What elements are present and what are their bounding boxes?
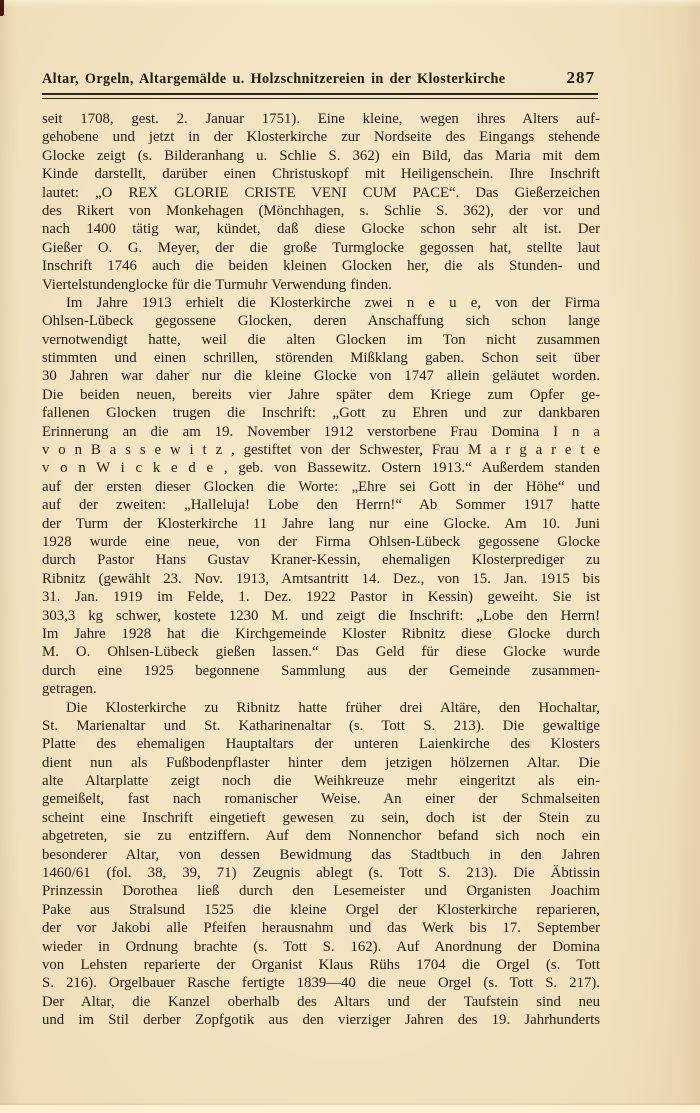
text-line: 30 Jahren war daher nur die kleine Glock… bbox=[42, 367, 600, 385]
text-line: auf der ersten dieser Glocken die Worte:… bbox=[42, 478, 600, 496]
text-line: getragen. bbox=[42, 680, 600, 698]
text-line: gemeißelt, fast nach romanischer Weise. … bbox=[42, 790, 600, 808]
text-line: abgetreten, sie zu entziffern. Auf dem N… bbox=[42, 827, 600, 845]
text-line: Ribnitz (gewählt 23. Nov. 1913, Amtsantr… bbox=[42, 570, 600, 588]
text-line: der vor Jakobi alle Pfeifen herausnahm u… bbox=[42, 919, 600, 937]
paragraph: Im Jahre 1913 erhielt die Klosterkirche … bbox=[42, 294, 600, 699]
text-block: seit 1708, gest. 2. Januar 1751). Eine k… bbox=[42, 110, 600, 1030]
text-line: Die Klosterkirche zu Ribnitz hatte frühe… bbox=[42, 699, 600, 717]
text-line: und im Stil derber Zopfgotik aus den vie… bbox=[42, 1011, 600, 1029]
text-line: stimmten und einen schrillen, störenden … bbox=[42, 349, 600, 367]
text-line: v o n W i c k e d e , geb. von Bassewitz… bbox=[42, 459, 600, 477]
text-line: 303,3 kg schwer, kostete 1230 M. und zei… bbox=[42, 607, 600, 625]
text-line: lautet: „O REX GLORIE CRISTE VENI CUM PA… bbox=[42, 184, 600, 202]
text-line: Ohlsen-Lübeck gegossene Glocken, deren A… bbox=[42, 312, 600, 330]
header-title: Altar, Orgeln, Altargemälde u. Holzschni… bbox=[42, 71, 506, 88]
book-page: Altar, Orgeln, Altargemälde u. Holzschni… bbox=[0, 0, 700, 1113]
text-line: Platte des ehemaligen Hauptaltars der un… bbox=[42, 735, 600, 753]
text-line: nach 1400 tätig war, kündet, daß diese G… bbox=[42, 220, 600, 238]
text-line: Viertelstundenglocke für die Turmuhr Ver… bbox=[42, 276, 600, 294]
text-line: v o n B a s s e w i t z , gestiftet von … bbox=[42, 441, 600, 459]
scan-bottom-edge bbox=[0, 1105, 700, 1113]
text-line: Inschrift 1746 auch die beiden kleinen G… bbox=[42, 257, 600, 275]
text-line: Gießer O. G. Meyer, der die große Turmgl… bbox=[42, 239, 600, 257]
text-line: Kinde darstellt, darüber einen Christusk… bbox=[42, 165, 600, 183]
running-header: Altar, Orgeln, Altargemälde u. Holzschni… bbox=[42, 68, 600, 88]
text-line: vernotwendigt hatte, weil die alten Gloc… bbox=[42, 331, 600, 349]
text-line: der Turm der Klosterkirche 11 Jahre lang… bbox=[42, 515, 600, 533]
text-line: 1928 wurde eine neue, von der Firma Ohls… bbox=[42, 533, 600, 551]
text-line: 1460/61 (fol. 38, 39, 71) Zeugnis ablegt… bbox=[42, 864, 600, 882]
text-line: 31. Jan. 1919 im Felde, 1. Dez. 1922 Pas… bbox=[42, 588, 600, 606]
text-line: wieder in Ordnung brachte (s. Tott S. 16… bbox=[42, 938, 600, 956]
text-line: besonderer Altar, von dessen Bewidmung d… bbox=[42, 846, 600, 864]
text-line: Glocke zeigt (s. Bilderanhang u. Schlie … bbox=[42, 147, 600, 165]
text-line: Erinnerung an die am 19. November 1912 v… bbox=[42, 423, 600, 441]
text-line: St. Marienaltar und St. Katharinenaltar … bbox=[42, 717, 600, 735]
text-line: alte Altarplatte zeigt noch die Weihkreu… bbox=[42, 772, 600, 790]
text-line: Prinzessin Dorothea ließ durch den Lesem… bbox=[42, 882, 600, 900]
text-line: durch Pastor Hans Gustav Kraner-Kessin, … bbox=[42, 551, 600, 569]
paragraph: Die Klosterkirche zu Ribnitz hatte frühe… bbox=[42, 699, 600, 1030]
text-line: Die beiden neuen, bereits vier Jahre spä… bbox=[42, 386, 600, 404]
text-line: Der Altar, die Kanzel oberhalb des Altar… bbox=[42, 993, 600, 1011]
text-line: S. 216). Orgelbauer Rasche fertigte 1839… bbox=[42, 974, 600, 992]
text-line: auf der zweiten: „Halleluja! Lobe den He… bbox=[42, 496, 600, 514]
text-line: dient nun als Fußbodenpflaster hinter de… bbox=[42, 754, 600, 772]
text-line: gehobene und jetzt in der Klosterkirche … bbox=[42, 128, 600, 146]
text-line: Im Jahre 1928 hat die Kirchgemeinde Klos… bbox=[42, 625, 600, 643]
text-line: M. O. Ohlsen-Lübeck gießen lassen.“ Das … bbox=[42, 643, 600, 661]
text-line: Im Jahre 1913 erhielt die Klosterkirche … bbox=[42, 294, 600, 312]
scan-artifact-corner-mark bbox=[0, 0, 4, 16]
header-double-rule bbox=[42, 93, 598, 99]
paragraph: seit 1708, gest. 2. Januar 1751). Eine k… bbox=[42, 110, 600, 294]
text-line: seit 1708, gest. 2. Januar 1751). Eine k… bbox=[42, 110, 600, 128]
text-line: des Rikert von Monkehagen (Mönchhagen, s… bbox=[42, 202, 600, 220]
text-line: von Lehsten reparierte der Organist Klau… bbox=[42, 956, 600, 974]
text-line: Pake aus Stralsund 1525 die kleine Orgel… bbox=[42, 901, 600, 919]
text-line: scheint eine Inschrift eingetieft gewese… bbox=[42, 809, 600, 827]
page-number: 287 bbox=[567, 68, 601, 88]
text-line: fallenen Glocken trugen die Inschrift: „… bbox=[42, 404, 600, 422]
text-line: durch eine 1925 begonnene Sammlung aus d… bbox=[42, 662, 600, 680]
